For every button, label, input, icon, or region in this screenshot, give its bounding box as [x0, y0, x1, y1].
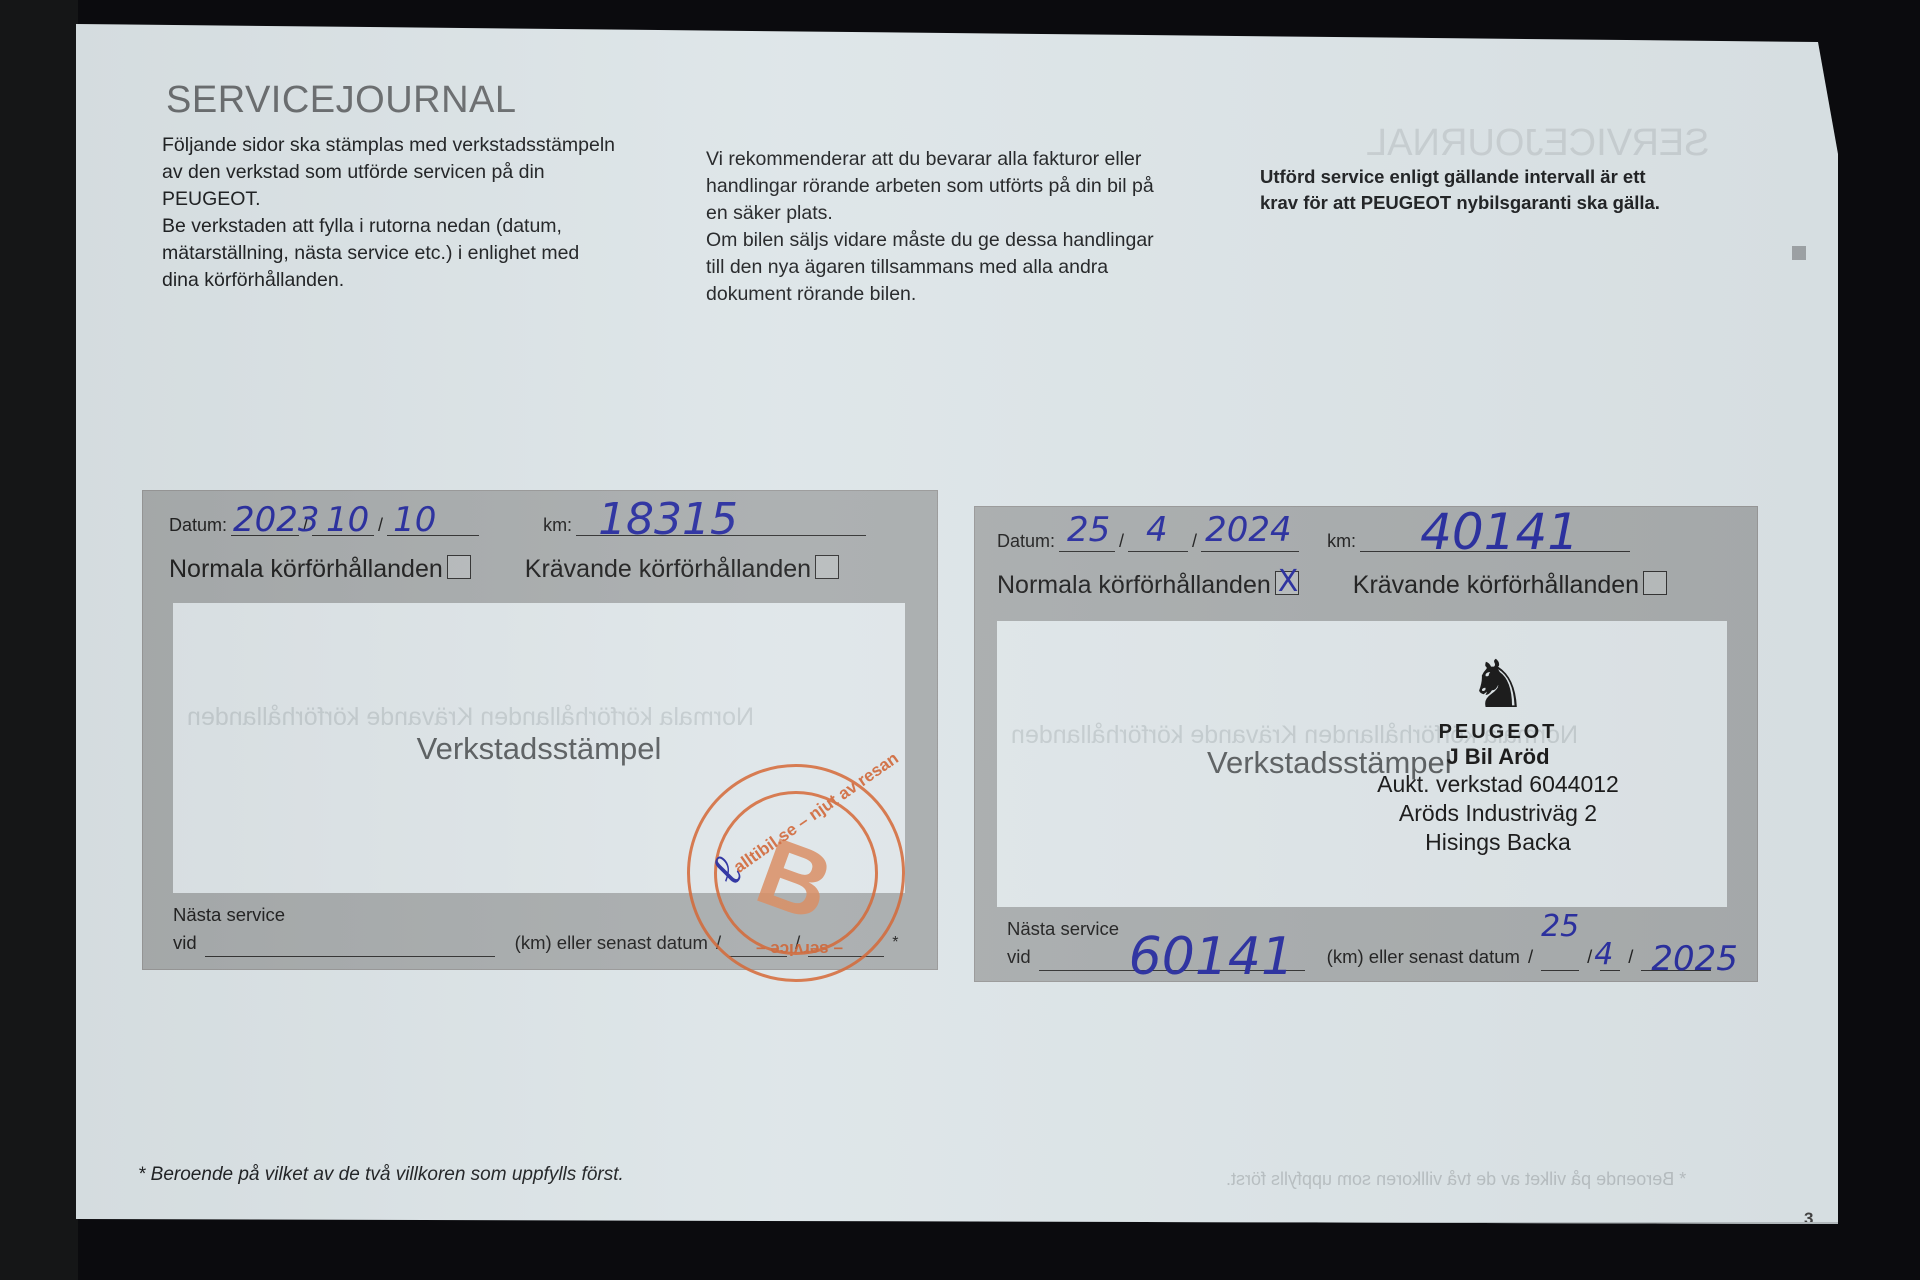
date-year-field[interactable]: 2024	[1201, 519, 1299, 552]
normal-conditions: Normala körförhållanden	[997, 571, 1299, 600]
next-date-year-value: 2025	[1651, 942, 1738, 976]
date-km-row: Datum: 25 / 4 / 2024 km: 40141	[997, 519, 1630, 552]
stamp-line-2: Aröds Industriväg 2	[1288, 799, 1708, 828]
next-date-year-field[interactable]: 2025	[1641, 950, 1711, 971]
background-dark-left	[0, 0, 78, 1280]
km-or-date-label: (km) eller senast datum	[1327, 943, 1520, 971]
page-edge	[76, 1222, 1838, 1226]
date-year-value: 2023	[233, 503, 320, 537]
km-label: km:	[543, 515, 572, 536]
at-label: vid	[1007, 943, 1031, 971]
km-label: km:	[1327, 531, 1356, 552]
slash: /	[1119, 531, 1124, 552]
next-date-day-value: 25	[1541, 910, 1579, 944]
warranty-notice: Utförd service enligt gällande intervall…	[1260, 164, 1740, 216]
peugeot-lion-icon: ♞	[1288, 649, 1708, 719]
date-day-value: 10	[393, 503, 436, 537]
next-date-day-field[interactable]: 25	[1541, 950, 1579, 971]
date-year-field[interactable]: 2023	[231, 503, 299, 536]
demanding-conditions: Krävande körförhållanden	[1353, 571, 1667, 600]
next-service: Nästa service vid 60141 (km) eller senas…	[1007, 915, 1711, 971]
date-month-field[interactable]: 10	[312, 503, 374, 536]
conditions-row: Normala körförhållanden Krävande körförh…	[169, 555, 839, 584]
date-year-value: 2024	[1205, 513, 1292, 547]
slash: /	[1587, 943, 1592, 971]
next-km-field[interactable]	[205, 936, 495, 957]
km-value: 40141	[1420, 515, 1579, 549]
demanding-checkbox[interactable]	[1643, 571, 1667, 595]
demanding-label: Krävande körförhållanden	[1353, 571, 1639, 599]
stamp-line-1: Aukt. verkstad 6044012	[1288, 770, 1708, 799]
stamp-dealer: J Bil Aröd	[1288, 744, 1708, 770]
normal-conditions: Normala körförhållanden	[169, 555, 471, 584]
km-value: 18315	[598, 503, 738, 537]
demanding-label: Krävande körförhållanden	[525, 555, 811, 583]
normal-label: Normala körförhållanden	[169, 555, 443, 583]
at-label: vid	[173, 929, 197, 957]
date-month-value: 10	[326, 503, 369, 537]
date-month-value: 4	[1146, 513, 1168, 547]
intro-middle-text: Vi rekommenderar att du bevarar alla fak…	[706, 146, 1246, 308]
km-field[interactable]: 40141	[1360, 519, 1630, 552]
next-km-field[interactable]: 60141	[1039, 950, 1305, 971]
km-field[interactable]: 18315	[576, 503, 866, 536]
slash: /	[1192, 531, 1197, 552]
conditions-row: Normala körförhållanden Krävande körförh…	[997, 571, 1667, 600]
footnote: * Beroende på vilket av de två villkoren…	[138, 1164, 624, 1186]
date-day-value: 25	[1067, 513, 1110, 547]
next-km-value: 60141	[1129, 940, 1294, 974]
stamp-brand: PEUGEOT	[1288, 721, 1708, 744]
next-date-month-value: 4	[1594, 938, 1613, 972]
slash: /	[378, 515, 383, 536]
intro-left-text: Följande sidor ska stämplas med verkstad…	[162, 132, 702, 294]
dealer-stamp-peugeot: ♞ PEUGEOT J Bil Aröd Aukt. verkstad 6044…	[1288, 649, 1708, 857]
date-km-row: Datum: 2023 / 10 / 10 km: 18315	[169, 503, 866, 536]
date-month-field[interactable]: 4	[1128, 519, 1188, 552]
stamp-ring-text: – service –	[756, 939, 843, 959]
page-title: SERVICEJOURNAL	[166, 79, 517, 122]
ghost-bleedthrough-conditions: Normala körförhållanden Krävande körförh…	[187, 703, 754, 732]
date-day-field[interactable]: 10	[387, 503, 479, 536]
slash: /	[1628, 943, 1633, 971]
ghost-footnote-bleedthrough: * Beroende på vilket av de två villkoren…	[1226, 1169, 1686, 1190]
demanding-conditions: Krävande körförhållanden	[525, 555, 839, 584]
date-label: Datum:	[169, 515, 227, 536]
km-or-date-label: (km) eller senast datum	[515, 929, 708, 957]
date-day-field[interactable]: 25	[1059, 519, 1115, 552]
normal-checkbox[interactable]	[447, 555, 471, 579]
asterisk: *	[892, 929, 898, 957]
stamp-line-3: Hisings Backa	[1288, 828, 1708, 857]
slash: /	[1528, 943, 1533, 971]
ghost-title-bleedthrough: SERVICEJOURNAL	[1366, 122, 1710, 165]
date-label: Datum:	[997, 531, 1055, 552]
stamp-label: Verkstadsstämpel	[173, 731, 905, 767]
next-date-month-field[interactable]: 4	[1600, 950, 1620, 971]
demanding-checkbox[interactable]	[815, 555, 839, 579]
qr-code-icon	[1792, 246, 1806, 260]
page-number: 3	[1804, 1209, 1813, 1229]
document-page: SERVICEJOURNAL SERVICEJOURNAL Följande s…	[76, 24, 1838, 1224]
normal-checkbox[interactable]	[1275, 571, 1299, 595]
normal-label: Normala körförhållanden	[997, 571, 1271, 599]
